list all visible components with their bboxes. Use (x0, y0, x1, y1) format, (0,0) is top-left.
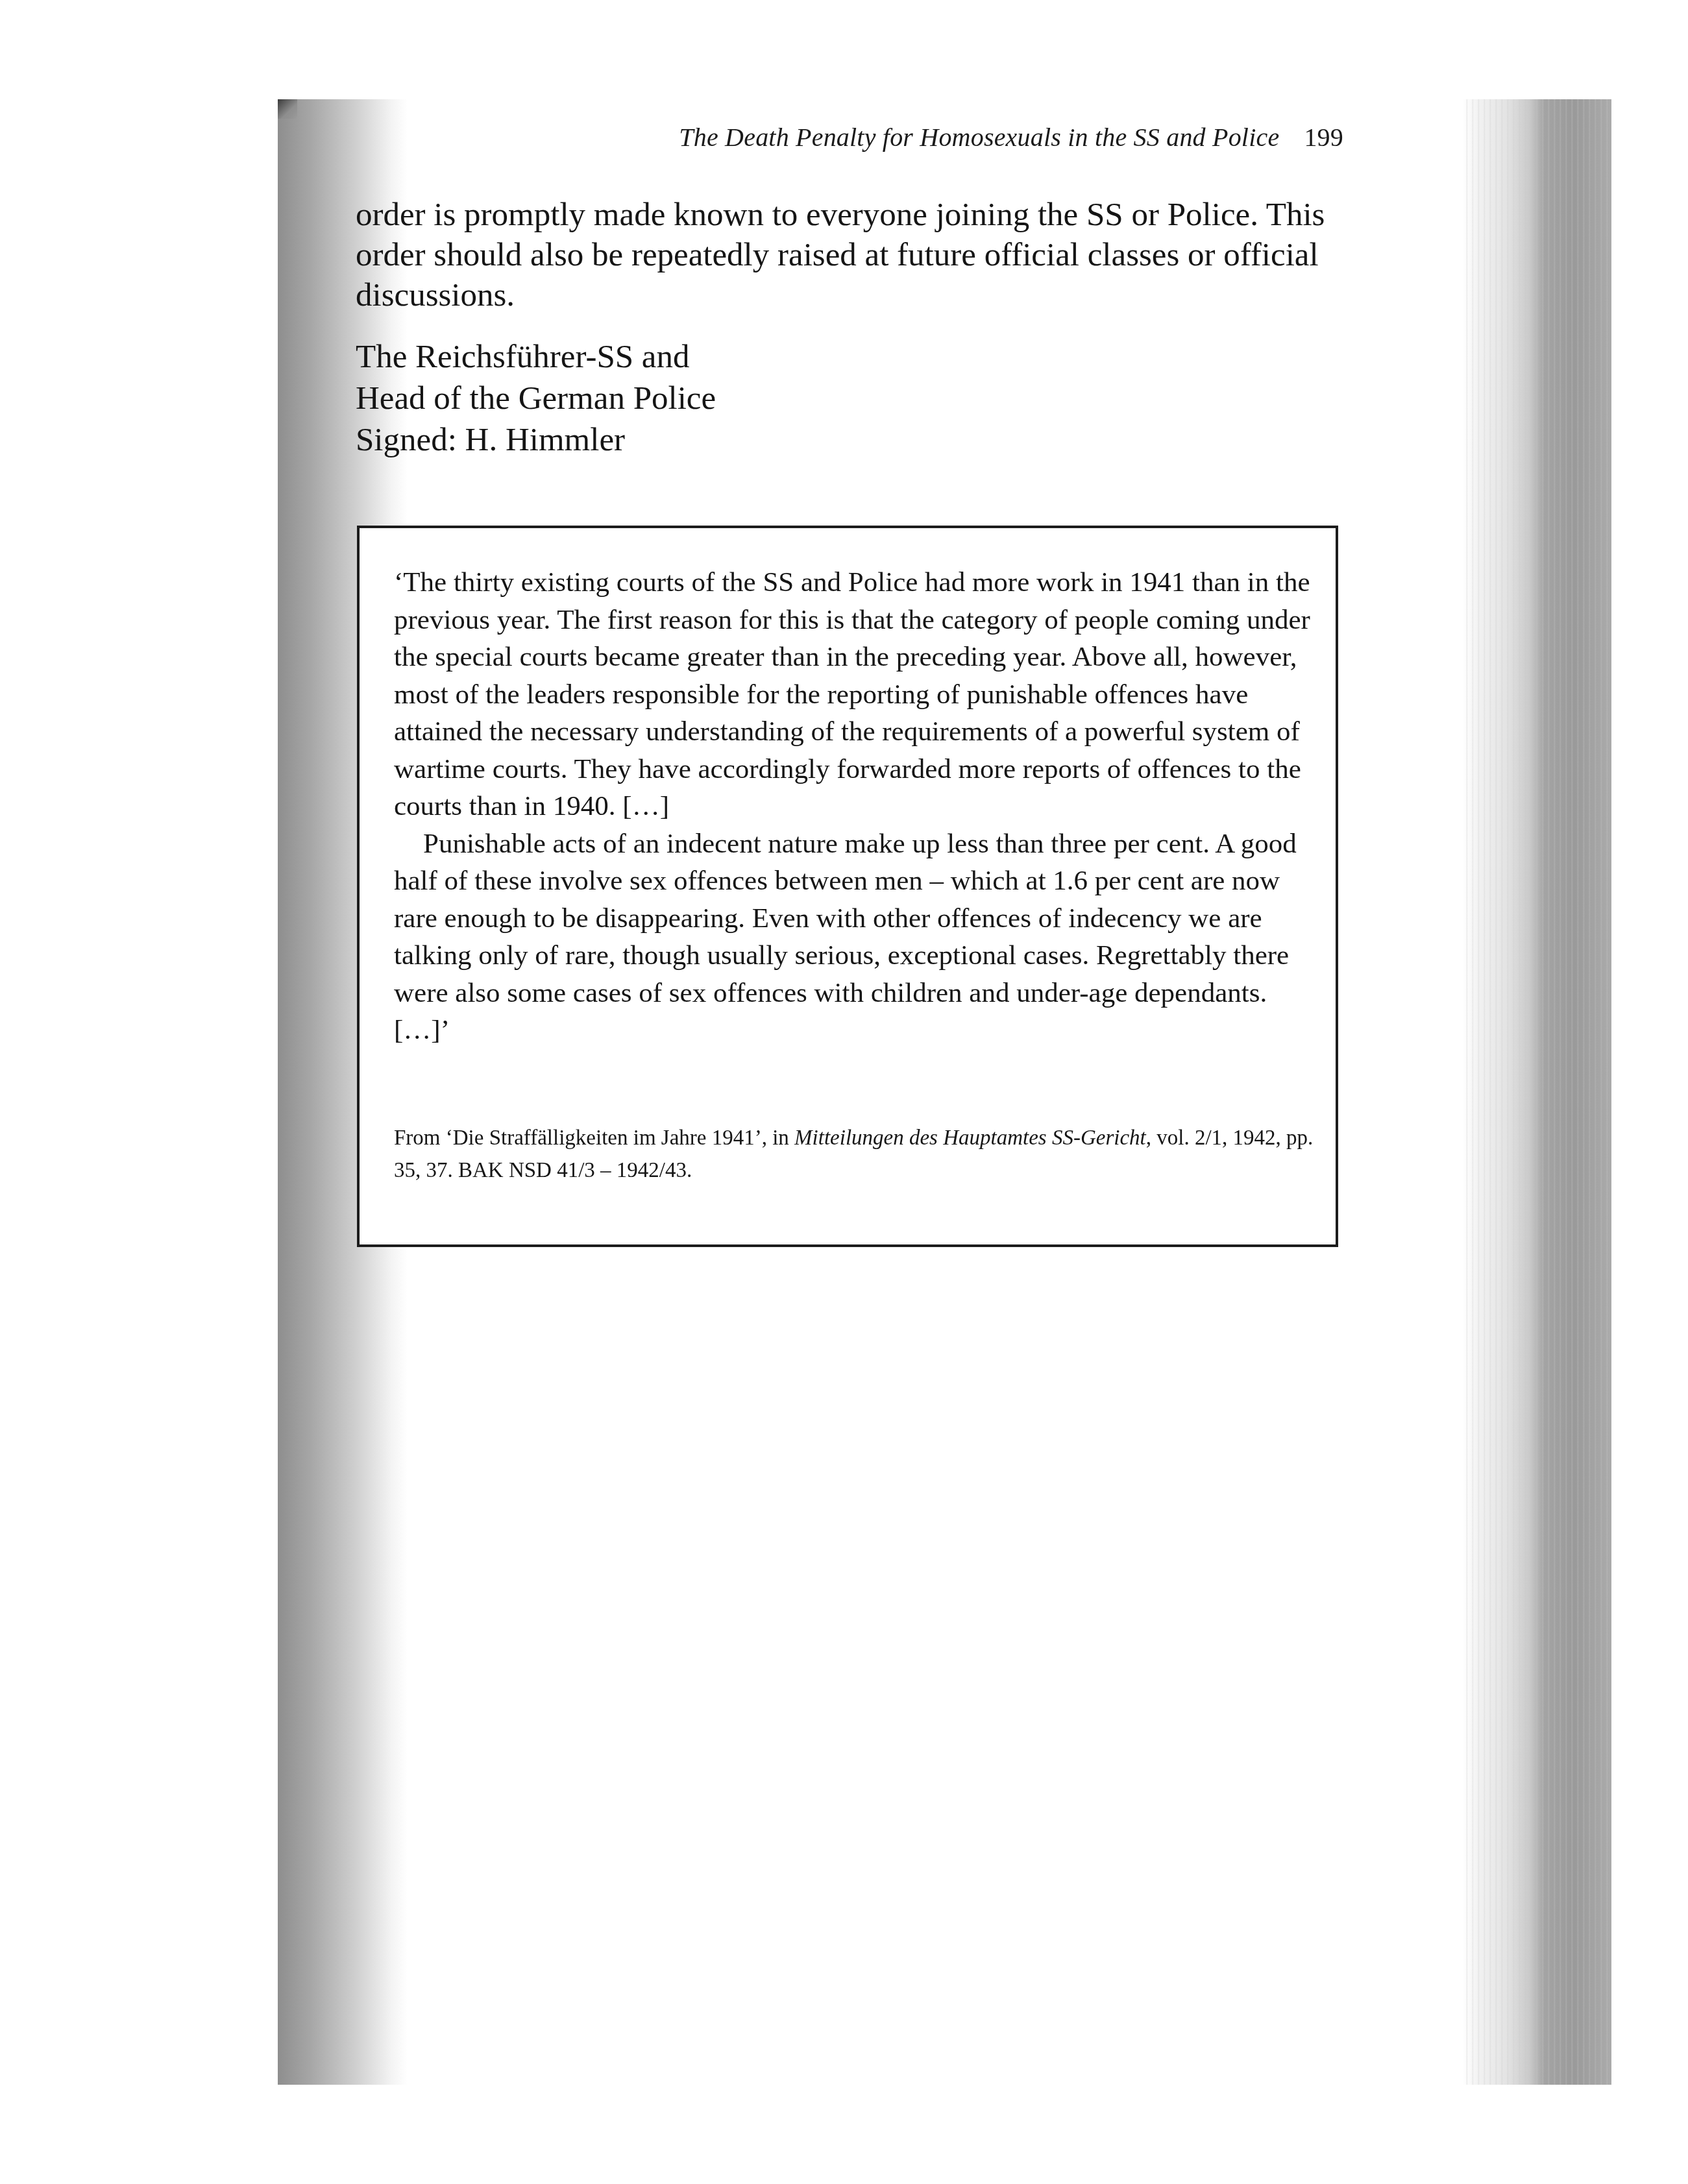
extract-ellipsis: […]’ (394, 1012, 1328, 1049)
running-head-title: The Death Penalty for Homosexuals in the… (679, 123, 1279, 152)
running-head: The Death Penalty for Homosexuals in the… (571, 122, 1343, 152)
extract-box: ‘The thirty existing courts of the SS an… (357, 526, 1338, 1247)
body-paragraph: order is promptly made known to everyone… (356, 195, 1355, 315)
citation-publication: Mitteilungen des Hauptamtes SS-Gericht (794, 1126, 1146, 1150)
signature-line: Head of the German Police (356, 378, 940, 419)
extract-source-citation: From ‘Die Straffälligkeiten im Jahre 194… (394, 1122, 1328, 1187)
page-edge-shadow (1462, 99, 1611, 2085)
signature-line: The Reichsführer-SS and (356, 336, 940, 378)
signature-block: The Reichsführer-SS and Head of the Germ… (356, 336, 940, 461)
extract-paragraph: ‘The thirty existing courts of the SS an… (394, 564, 1328, 825)
extract-text: ‘The thirty existing courts of the SS an… (394, 564, 1328, 1049)
citation-prefix: From ‘Die Straffälligkeiten im Jahre 194… (394, 1126, 794, 1150)
extract-paragraph: Punishable acts of an indecent nature ma… (394, 825, 1328, 1012)
signature-line: Signed: H. Himmler (356, 419, 940, 461)
body-text: order is promptly made known to everyone… (356, 195, 1355, 315)
page-number: 199 (1304, 123, 1343, 152)
